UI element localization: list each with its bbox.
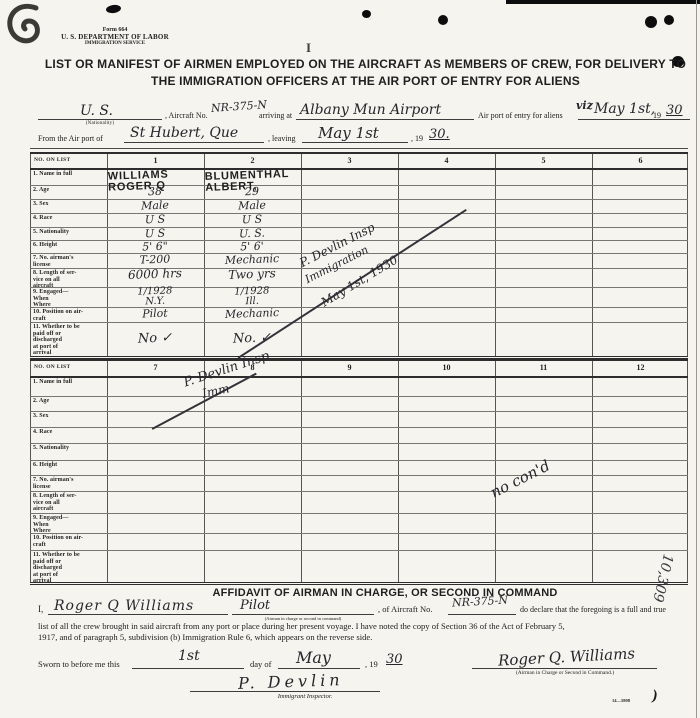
table-row-height: 6. Height bbox=[30, 461, 688, 476]
table-row-position: 10. Position on air- craft Pilot Mechani… bbox=[30, 308, 688, 323]
crew1-license: T-200 bbox=[108, 252, 202, 266]
table-row-name: 1. Name in full bbox=[30, 378, 688, 397]
row-label: 7. No. airman's license bbox=[33, 255, 106, 268]
column-header: 3 bbox=[301, 156, 398, 165]
column-header: 7 bbox=[107, 363, 204, 372]
scanned-manifest-page: I Form 664 U. S. DEPARTMENT OF LABOR IMM… bbox=[0, 0, 700, 718]
crew2-race: U S bbox=[205, 212, 299, 226]
table-row-engaged: 9. Engaged— When Where bbox=[30, 514, 688, 534]
row-label: 5. Nationality bbox=[33, 445, 106, 452]
crew1-paidoff: No ✓ bbox=[108, 331, 202, 345]
affidavit-i-label: I, bbox=[38, 604, 43, 614]
ink-dot bbox=[664, 15, 674, 25]
sworn-year-printed: , 19 bbox=[365, 659, 378, 669]
divider-rule bbox=[30, 148, 688, 149]
sworn-label: Sworn to before me this bbox=[38, 659, 120, 669]
from-airport-label: From the Air port of bbox=[38, 134, 103, 143]
row-label: 8. Length of ser- vice on all aircraft bbox=[33, 270, 106, 290]
crew1-service: 6000 hrs bbox=[108, 267, 202, 281]
ink-dot bbox=[362, 10, 371, 18]
crew2-position: Mechanic bbox=[205, 306, 299, 320]
table-row-service: 8. Length of ser- vice on all aircraft bbox=[30, 492, 688, 514]
declare-label: do declare that the foregoing is a full … bbox=[520, 605, 666, 614]
crew1-age: 38 bbox=[108, 184, 202, 198]
aircraft-no-blank bbox=[448, 614, 516, 615]
department-name: U. S. DEPARTMENT OF LABOR bbox=[30, 33, 200, 41]
entry-blank bbox=[578, 119, 690, 120]
affiant-name-value: Roger Q Williams bbox=[54, 598, 194, 614]
leaving-label: , leaving bbox=[268, 134, 296, 143]
crew2-engaged: 1/1928 Ill. bbox=[205, 285, 300, 307]
affidavit-body: list of all the crew brought in said air… bbox=[38, 621, 694, 643]
leaving-date-value: May 1st bbox=[318, 124, 379, 142]
sworn-day-blank bbox=[132, 668, 244, 669]
table-row-nationality: 5. Nationality bbox=[30, 444, 688, 461]
no-on-list-label: NO. ON LIST bbox=[34, 364, 104, 370]
page-title-line2: THE IMMIGRATION OFFICERS AT THE AIR PORT… bbox=[38, 74, 693, 88]
entry-viz-note: viz bbox=[576, 99, 593, 112]
column-header: 6 bbox=[592, 156, 689, 165]
inspector-signature: P. Devlin bbox=[238, 670, 344, 693]
crew-table-section2: NO. ON LIST 7 8 9 10 11 12 1. Name in fu… bbox=[30, 359, 688, 585]
leaving-blank bbox=[302, 142, 408, 143]
row-label: 8. Length of ser- vice on all aircraft bbox=[33, 493, 106, 513]
affiant-capacity-blank bbox=[232, 614, 374, 615]
crew1-position: Pilot bbox=[108, 306, 202, 320]
column-header: 11 bbox=[495, 363, 592, 372]
column-header: 10 bbox=[398, 363, 495, 372]
entry-year-value: 30 bbox=[666, 103, 683, 118]
crew1-engaged: 1/1928 N.Y. bbox=[108, 285, 203, 307]
row-label: 4. Race bbox=[33, 429, 106, 436]
leaving-year-printed: , 19 bbox=[411, 134, 423, 143]
entry-date-value: May 1st, bbox=[594, 101, 655, 117]
table-header-row: NO. ON LIST 7 8 9 10 11 12 bbox=[30, 361, 688, 378]
form-code: 14—5808 bbox=[612, 698, 630, 703]
sworn-day-value: 1st bbox=[178, 648, 200, 664]
arriving-blank bbox=[296, 119, 474, 120]
sworn-month-blank bbox=[278, 668, 360, 669]
day-of-label: day of bbox=[250, 659, 271, 669]
airman-signature: Roger Q. Williams bbox=[498, 644, 636, 669]
column-header: 5 bbox=[495, 156, 592, 165]
row-label: 6. Height bbox=[33, 462, 106, 469]
nationality-blank bbox=[38, 119, 162, 120]
table-row-sex: 3. Sex Male Male bbox=[30, 200, 688, 214]
crew1-sex: Male bbox=[108, 198, 202, 212]
nationality-value: U. S. bbox=[80, 103, 113, 119]
crew2-height: 5' 6' bbox=[205, 239, 299, 253]
of-aircraft-label: , of Aircraft No. bbox=[378, 604, 433, 614]
table-row-age: 2. Age bbox=[30, 397, 688, 412]
no-on-list-label: NO. ON LIST bbox=[34, 157, 104, 163]
column-header: 2 bbox=[204, 156, 301, 165]
table-header-row: NO. ON LIST 1 2 3 4 5 6 bbox=[30, 154, 688, 170]
stray-mark: I bbox=[306, 40, 311, 56]
service-name: IMMIGRATION SERVICE bbox=[60, 41, 170, 46]
page-title-line1: LIST OR MANIFEST OF AIRMEN EMPLOYED ON T… bbox=[38, 57, 693, 71]
crew1-nationality: U S bbox=[108, 226, 202, 240]
column-header: 12 bbox=[592, 363, 689, 372]
row-label: 9. Engaged— When Where bbox=[33, 515, 106, 535]
row-label: 3. Sex bbox=[33, 413, 106, 420]
crew1-height: 5' 6" bbox=[108, 239, 202, 253]
table-row-position: 10. Position on air- craft bbox=[30, 534, 688, 551]
crew2-service: Two yrs bbox=[205, 267, 299, 281]
row-label: 2. Age bbox=[33, 187, 106, 194]
affiant-capacity-value: Pilot bbox=[240, 598, 270, 613]
row-label: 5. Nationality bbox=[33, 229, 106, 236]
crew1-race: U S bbox=[108, 212, 202, 226]
leaving-year-value: 30. bbox=[429, 127, 450, 142]
inspector-signature-caption: Immigrant Inspector. bbox=[240, 693, 370, 700]
airman-signature-caption: (Airman in Charge or Second in Command.) bbox=[470, 670, 660, 676]
affidavit-aircraft-no-value: NR-375-N bbox=[452, 594, 509, 610]
ink-dot bbox=[438, 15, 448, 25]
airman-signature-line bbox=[472, 668, 657, 669]
table-row-engaged: 9. Engaged— When Where 1/1928 N.Y. 1/192… bbox=[30, 288, 688, 308]
column-header: 4 bbox=[398, 156, 495, 165]
table-row-age: 2. Age 38 29 bbox=[30, 186, 688, 200]
row-label: 10. Position on air- craft bbox=[33, 535, 106, 548]
row-label: 11. Whether to be paid off or discharged… bbox=[33, 552, 106, 585]
arriving-value: Albany Mun Airport bbox=[300, 102, 441, 118]
ink-dot bbox=[645, 16, 657, 28]
row-label: 1. Name in full bbox=[33, 171, 106, 178]
scan-edge-bar bbox=[506, 0, 700, 4]
column-header: 9 bbox=[301, 363, 398, 372]
table-row-license: 7. No. airman's license bbox=[30, 476, 688, 492]
inspector-signature-line bbox=[190, 691, 380, 692]
ink-dot bbox=[106, 4, 122, 14]
crew2-sex: Male bbox=[205, 198, 299, 212]
from-airport-value: St Hubert, Que bbox=[130, 125, 238, 141]
row-label: 11. Whether to be paid off or discharged… bbox=[33, 324, 106, 357]
ink-squiggle: ) bbox=[650, 688, 658, 706]
scan-edge-line bbox=[696, 0, 697, 718]
row-label: 9. Engaged— When Where bbox=[33, 289, 106, 309]
row-label: 2. Age bbox=[33, 398, 106, 405]
from-blank bbox=[124, 142, 264, 143]
table-row-paidoff: 11. Whether to be paid off or discharged… bbox=[30, 551, 688, 587]
crew2-age: 29 bbox=[205, 184, 299, 198]
affiant-name-blank bbox=[48, 614, 228, 615]
crew2-paidoff: No. ✓ bbox=[205, 331, 299, 345]
arriving-label: arriving at bbox=[259, 111, 292, 120]
row-label: 1. Name in full bbox=[33, 379, 106, 386]
row-label: 3. Sex bbox=[33, 201, 106, 208]
crew2-nationality: U. S. bbox=[205, 226, 299, 240]
sworn-year-value: 30 bbox=[386, 652, 403, 667]
table-row-sex: 3. Sex bbox=[30, 412, 688, 428]
table-row-name: 1. Name in full Williams Roger Q Blument… bbox=[30, 170, 688, 186]
table-row-paidoff: 11. Whether to be paid off or discharged… bbox=[30, 323, 688, 361]
table-row-race: 4. Race bbox=[30, 428, 688, 444]
punch-spiral-mark bbox=[2, 1, 52, 53]
entry-port-label: Air port of entry for aliens bbox=[478, 111, 563, 120]
row-label: 10. Position on air- craft bbox=[33, 309, 106, 322]
sworn-month-value: May bbox=[296, 648, 331, 667]
crew2-license: Mechanic bbox=[205, 252, 299, 266]
row-label: 4. Race bbox=[33, 215, 106, 222]
row-label: 6. Height bbox=[33, 242, 106, 249]
row-label: 7. No. airman's license bbox=[33, 477, 106, 490]
aircraft-no-label: , Aircraft No. bbox=[165, 111, 208, 120]
column-header: 1 bbox=[107, 156, 204, 165]
